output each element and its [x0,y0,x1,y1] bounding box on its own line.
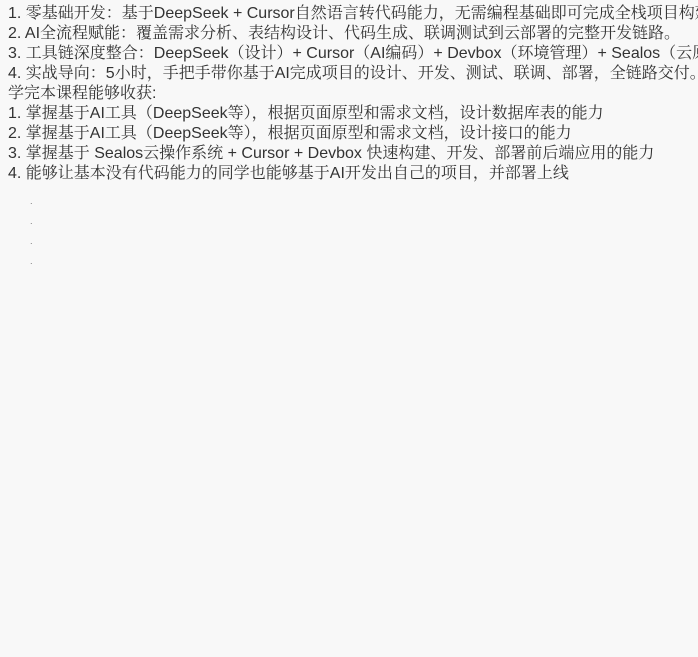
outcome-item-2: 2. 掌握基于AI工具（DeepSeek等），根据页面原型和需求文档，设计接口的… [8,124,698,144]
outcome-item-1: 1. 掌握基于AI工具（DeepSeek等），根据页面原型和需求文档，设计数据库… [8,104,698,124]
file-tree-row-material: ├──资料 [8,244,698,264]
course-highlight-3: 3. 工具链深度整合：DeepSeek（设计）+ Cursor（AI编码）+ D… [8,44,698,64]
file-tree-row-code: ├──代码 [8,184,698,204]
course-highlight-4: 4. 实战导向：5小时，手把手带你基于AI完成项目的设计、开发、测试、联调、部署… [8,64,698,84]
outcome-item-3: 3. 掌握基于 Sealos云操作系统 + Cursor + Devbox 快速… [8,144,698,164]
file-tree-row-ppt: ├──PPT [8,204,698,224]
document-body: 1. 零基础开发：基于DeepSeek + Cursor自然语言转代码能力，无需… [0,0,698,657]
file-tree-row-video: ├──视频 [8,224,698,244]
outcome-item-4: 4. 能够让基本没有代码能力的同学也能够基于AI开发出自己的项目，并部署上线 [8,164,698,184]
outcomes-heading: 学完本课程能够收获: [8,84,698,104]
course-highlight-2: 2. AI全流程赋能：覆盖需求分析、表结构设计、代码生成、联调测试到云部署的完整… [8,24,698,44]
course-highlight-1: 1. 零基础开发：基于DeepSeek + Cursor自然语言转代码能力，无需… [8,4,698,24]
